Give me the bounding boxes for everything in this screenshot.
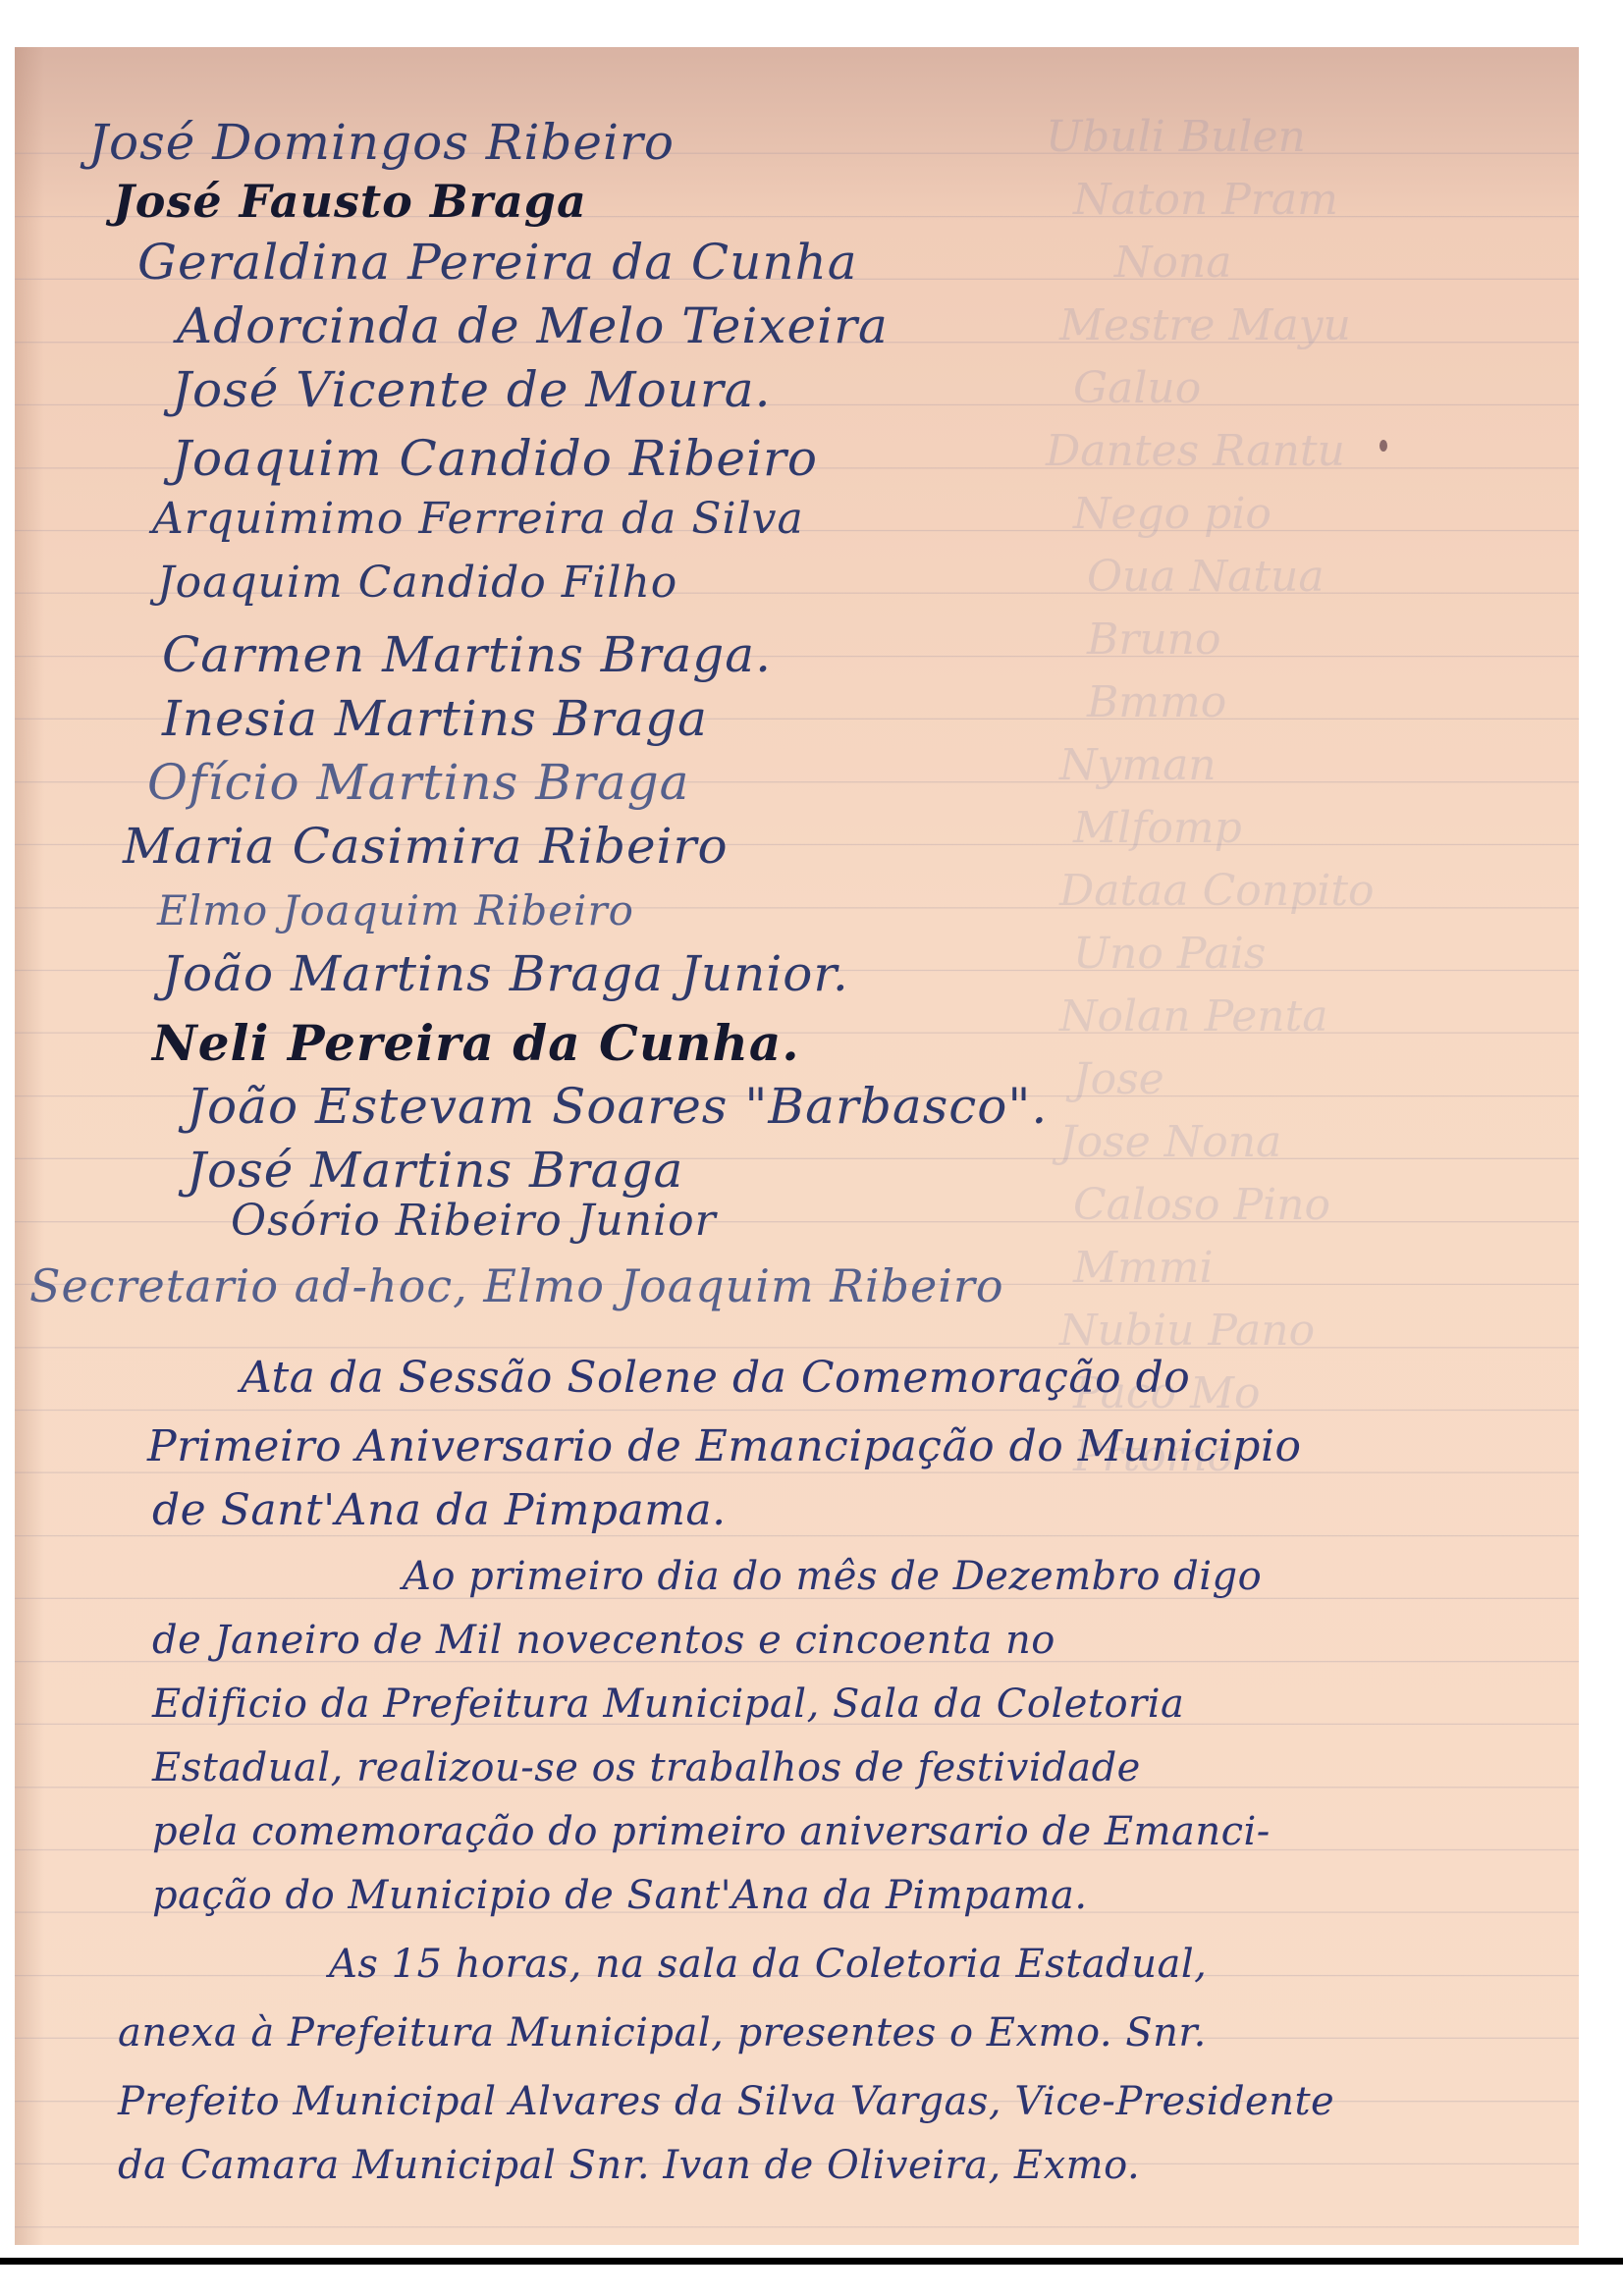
minutes-body-line: As 15 horas, na sala da Coletoria Estadu…: [329, 1942, 1207, 1987]
minutes-body-line: Estadual, realizou-se os trabalhos de fe…: [152, 1745, 1141, 1790]
minutes-body-line: pação do Municipio de Sant'Ana da Pimpam…: [152, 1873, 1088, 1918]
signature-line: Ofício Martins Braga: [147, 754, 690, 811]
minutes-body-line: anexa à Prefeitura Municipal, presentes …: [118, 2010, 1207, 2056]
signature-line: Adorcinda de Melo Teixeira: [177, 297, 889, 354]
signature-line: José Vicente de Moura.: [172, 361, 771, 418]
signature-line: Neli Pereira da Cunha.: [152, 1014, 800, 1072]
signature-line: Inesia Martins Braga: [162, 690, 708, 747]
minutes-body-line: de Janeiro de Mil novecentos e cincoenta…: [152, 1618, 1055, 1663]
scan-border-line: [0, 2258, 1623, 2265]
ink-spot: [1380, 440, 1387, 452]
minutes-body-line: pela comemoração do primeiro aniversario…: [152, 1809, 1271, 1854]
minutes-body-line: Prefeito Municipal Alvares da Silva Varg…: [118, 2079, 1334, 2124]
signature-line: Carmen Martins Braga.: [162, 626, 772, 683]
ledger-page: Ubuli Bulen Naton Pram Nona Mestre Mayu …: [15, 47, 1579, 2245]
signature-line: Maria Casimira Ribeiro: [123, 818, 729, 875]
signature-line: Geraldina Pereira da Cunha: [137, 234, 858, 291]
signature-line: Osório Ribeiro Junior: [231, 1196, 717, 1246]
minutes-body-line: Ao primeiro dia do mês de Dezembro digo: [403, 1554, 1262, 1599]
bleed-through-text: Ubuli Bulen Naton Pram Nona Mestre Mayu …: [1046, 106, 1556, 1480]
signature-line: Elmo Joaquim Ribeiro: [157, 886, 634, 934]
signature-line: Joaquim Candido Ribeiro: [172, 430, 818, 487]
minutes-title-line: Primeiro Aniversario de Emancipação do M…: [147, 1421, 1302, 1471]
minutes-body-line: Edificio da Prefeitura Municipal, Sala d…: [152, 1682, 1184, 1727]
minutes-title-line: Ata da Sessão Solene da Comemoração do: [241, 1353, 1190, 1403]
signature-line: Arquimimo Ferreira da Silva: [152, 494, 804, 544]
signature-line: José Martins Braga: [187, 1142, 683, 1199]
signature-line: José Fausto Braga: [113, 175, 587, 228]
minutes-body-line: da Camara Municipal Snr. Ivan de Oliveir…: [118, 2143, 1140, 2188]
signature-line: Joaquim Candido Filho: [157, 558, 677, 608]
signature-line: João Martins Braga Junior.: [162, 945, 849, 1002]
minutes-title-line: de Sant'Ana da Pimpama.: [152, 1485, 727, 1535]
signature-line: João Estevam Soares "Barbasco".: [187, 1078, 1048, 1135]
secretary-signature: Secretario ad-hoc, Elmo Joaquim Ribeiro: [29, 1259, 1004, 1312]
signature-line: José Domingos Ribeiro: [88, 114, 675, 171]
